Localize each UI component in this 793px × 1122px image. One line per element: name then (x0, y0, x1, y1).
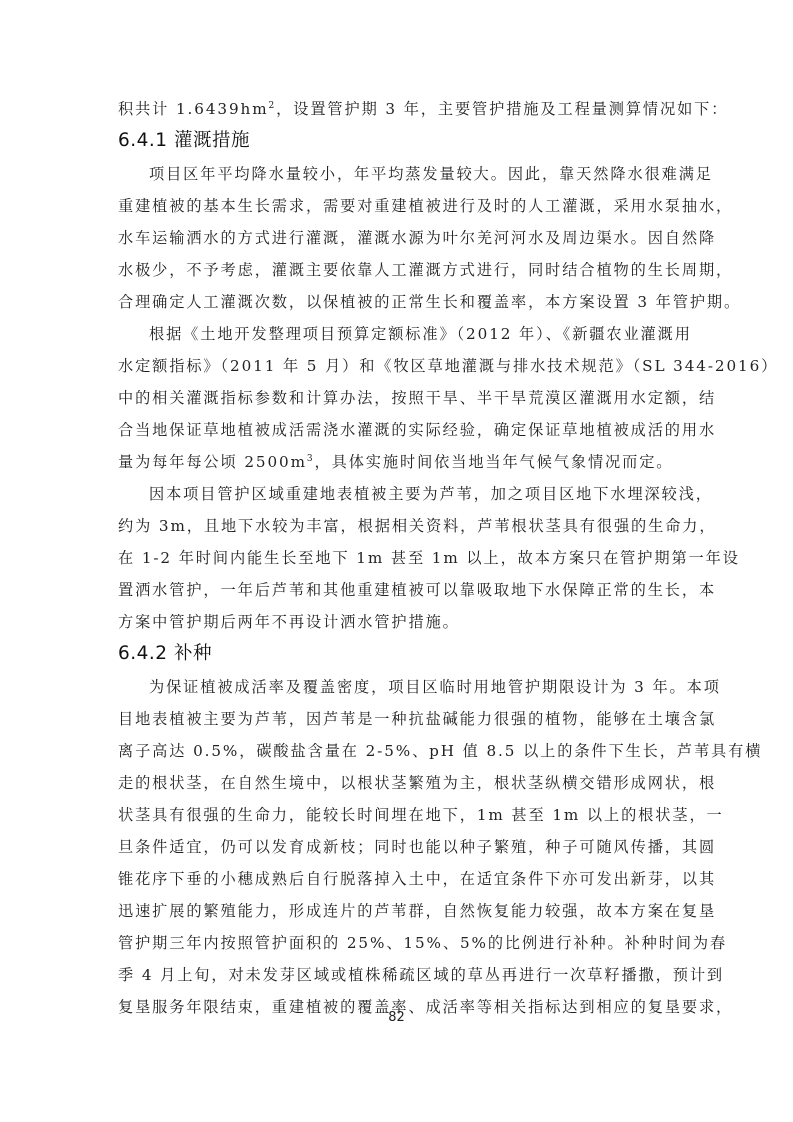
text-line: 项目区年平均降水量较小，年平均蒸发量较大。因此，靠天然降水很难满足 (118, 158, 678, 190)
intro-text: 积共计 1.6439hm (118, 100, 269, 118)
section-heading-irrigation: 6.4.1 灌溉措施 (118, 125, 678, 158)
paragraph-irrigation-2: 根据《土地开发整理项目预算定额标准》（2012 年）、《新疆农业灌溉用 水定额指… (118, 318, 678, 478)
text-line: 锥花序下垂的小穗成熟后自行脱落掉入土中，在适宜条件下亦可发出新芽，以其 (118, 863, 678, 895)
text-line: 目地表植被主要为芦苇，因芦苇是一种抗盐碱能力很强的植物，能够在土壤含氯 (118, 703, 678, 735)
text-line: 水极少，不予考虑，灌溉主要依靠人工灌溉方式进行，同时结合植物的生长周期， (118, 254, 678, 286)
page-number: 82 (0, 1010, 793, 1025)
section-heading-reseeding: 6.4.2 补种 (118, 638, 678, 671)
text-line: 合理确定人工灌溉次数，以保植被的正常生长和覆盖率，本方案设置 3 年管护期。 (118, 286, 678, 318)
text-segment: ，具体实施时间依当地当年气候气象情况而定。 (315, 453, 674, 471)
paragraph-irrigation-3: 因本项目管护区域重建地表植被主要为芦苇，加之项目区地下水埋深较浅， 约为 3m，… (118, 478, 678, 638)
document-page: 积共计 1.6439hm2，设置管护期 3 年，主要管护措施及工程量测算情况如下… (118, 93, 678, 1023)
text-line: 置洒水管护，一年后芦苇和其他重建植被可以靠吸取地下水保障正常的生长，本 (118, 574, 678, 606)
text-line: 状茎具有很强的生命力，能较长时间埋在地下，1m 甚至 1m 以上的根状茎，一 (118, 799, 678, 831)
superscript: 2 (269, 101, 277, 111)
text-line: 管护期三年内按照管护面积的 25%、15%、5%的比例进行补种。补种时间为春 (118, 927, 678, 959)
text-line: 离子高达 0.5%，碳酸盐含量在 2-5%、pH 值 8.5 以上的条件下生长，… (118, 735, 678, 767)
text-line: 量为每年每公顷 2500m3，具体实施时间依当地当年气候气象情况而定。 (118, 446, 678, 478)
superscript: 3 (307, 454, 315, 464)
text-line: 迅速扩展的繁殖能力，形成连片的芦苇群，自然恢复能力较强，故本方案在复垦 (118, 895, 678, 927)
text-segment: 量为每年每公顷 2500m (118, 453, 307, 471)
text-line: 水车运输洒水的方式进行灌溉，灌溉水源为叶尔羌河河水及周边渠水。因自然降 (118, 222, 678, 254)
text-line: 在 1-2 年时间内能生长至地下 1m 甚至 1m 以上，故本方案只在管护期第一… (118, 542, 678, 574)
text-line: 因本项目管护区域重建地表植被主要为芦苇，加之项目区地下水埋深较浅， (118, 478, 678, 510)
text-line: 重建植被的基本生长需求，需要对重建植被进行及时的人工灌溉，采用水泵抽水， (118, 190, 678, 222)
text-line: 中的相关灌溉指标参数和计算办法，按照干旱、半干旱荒漠区灌溉用水定额，结 (118, 382, 678, 414)
text-line: 水定额指标》（2011 年 5 月）和《牧区草地灌溉与排水技术规范》（SL 34… (118, 350, 678, 382)
text-line: 为保证植被成活率及覆盖密度，项目区临时用地管护期限设计为 3 年。本项 (118, 671, 678, 703)
text-line: 走的根状茎，在自然生境中，以根状茎繁殖为主，根状茎纵横交错形成网状，根 (118, 767, 678, 799)
text-line: 根据《土地开发整理项目预算定额标准》（2012 年）、《新疆农业灌溉用 (118, 318, 678, 350)
text-line: 方案中管护期后两年不再设计洒水管护措施。 (118, 606, 678, 638)
paragraph-irrigation-1: 项目区年平均降水量较小，年平均蒸发量较大。因此，靠天然降水很难满足 重建植被的基… (118, 158, 678, 318)
text-line: 旦条件适宜，仍可以发育成新枝；同时也能以种子繁殖，种子可随风传播，其圆 (118, 831, 678, 863)
intro-text-suffix: ，设置管护期 3 年，主要管护措施及工程量测算情况如下： (276, 100, 728, 118)
paragraph-reseeding-1: 为保证植被成活率及覆盖密度，项目区临时用地管护期限设计为 3 年。本项 目地表植… (118, 671, 678, 1023)
intro-line: 积共计 1.6439hm2，设置管护期 3 年，主要管护措施及工程量测算情况如下… (118, 93, 678, 125)
text-line: 约为 3m，且地下水较为丰富，根据相关资料，芦苇根状茎具有很强的生命力， (118, 510, 678, 542)
text-line: 合当地保证草地植被成活需浇水灌溉的实际经验，确定保证草地植被成活的用水 (118, 414, 678, 446)
text-line: 季 4 月上旬，对未发芽区域或植株稀疏区域的草丛再进行一次草籽播撒，预计到 (118, 959, 678, 991)
